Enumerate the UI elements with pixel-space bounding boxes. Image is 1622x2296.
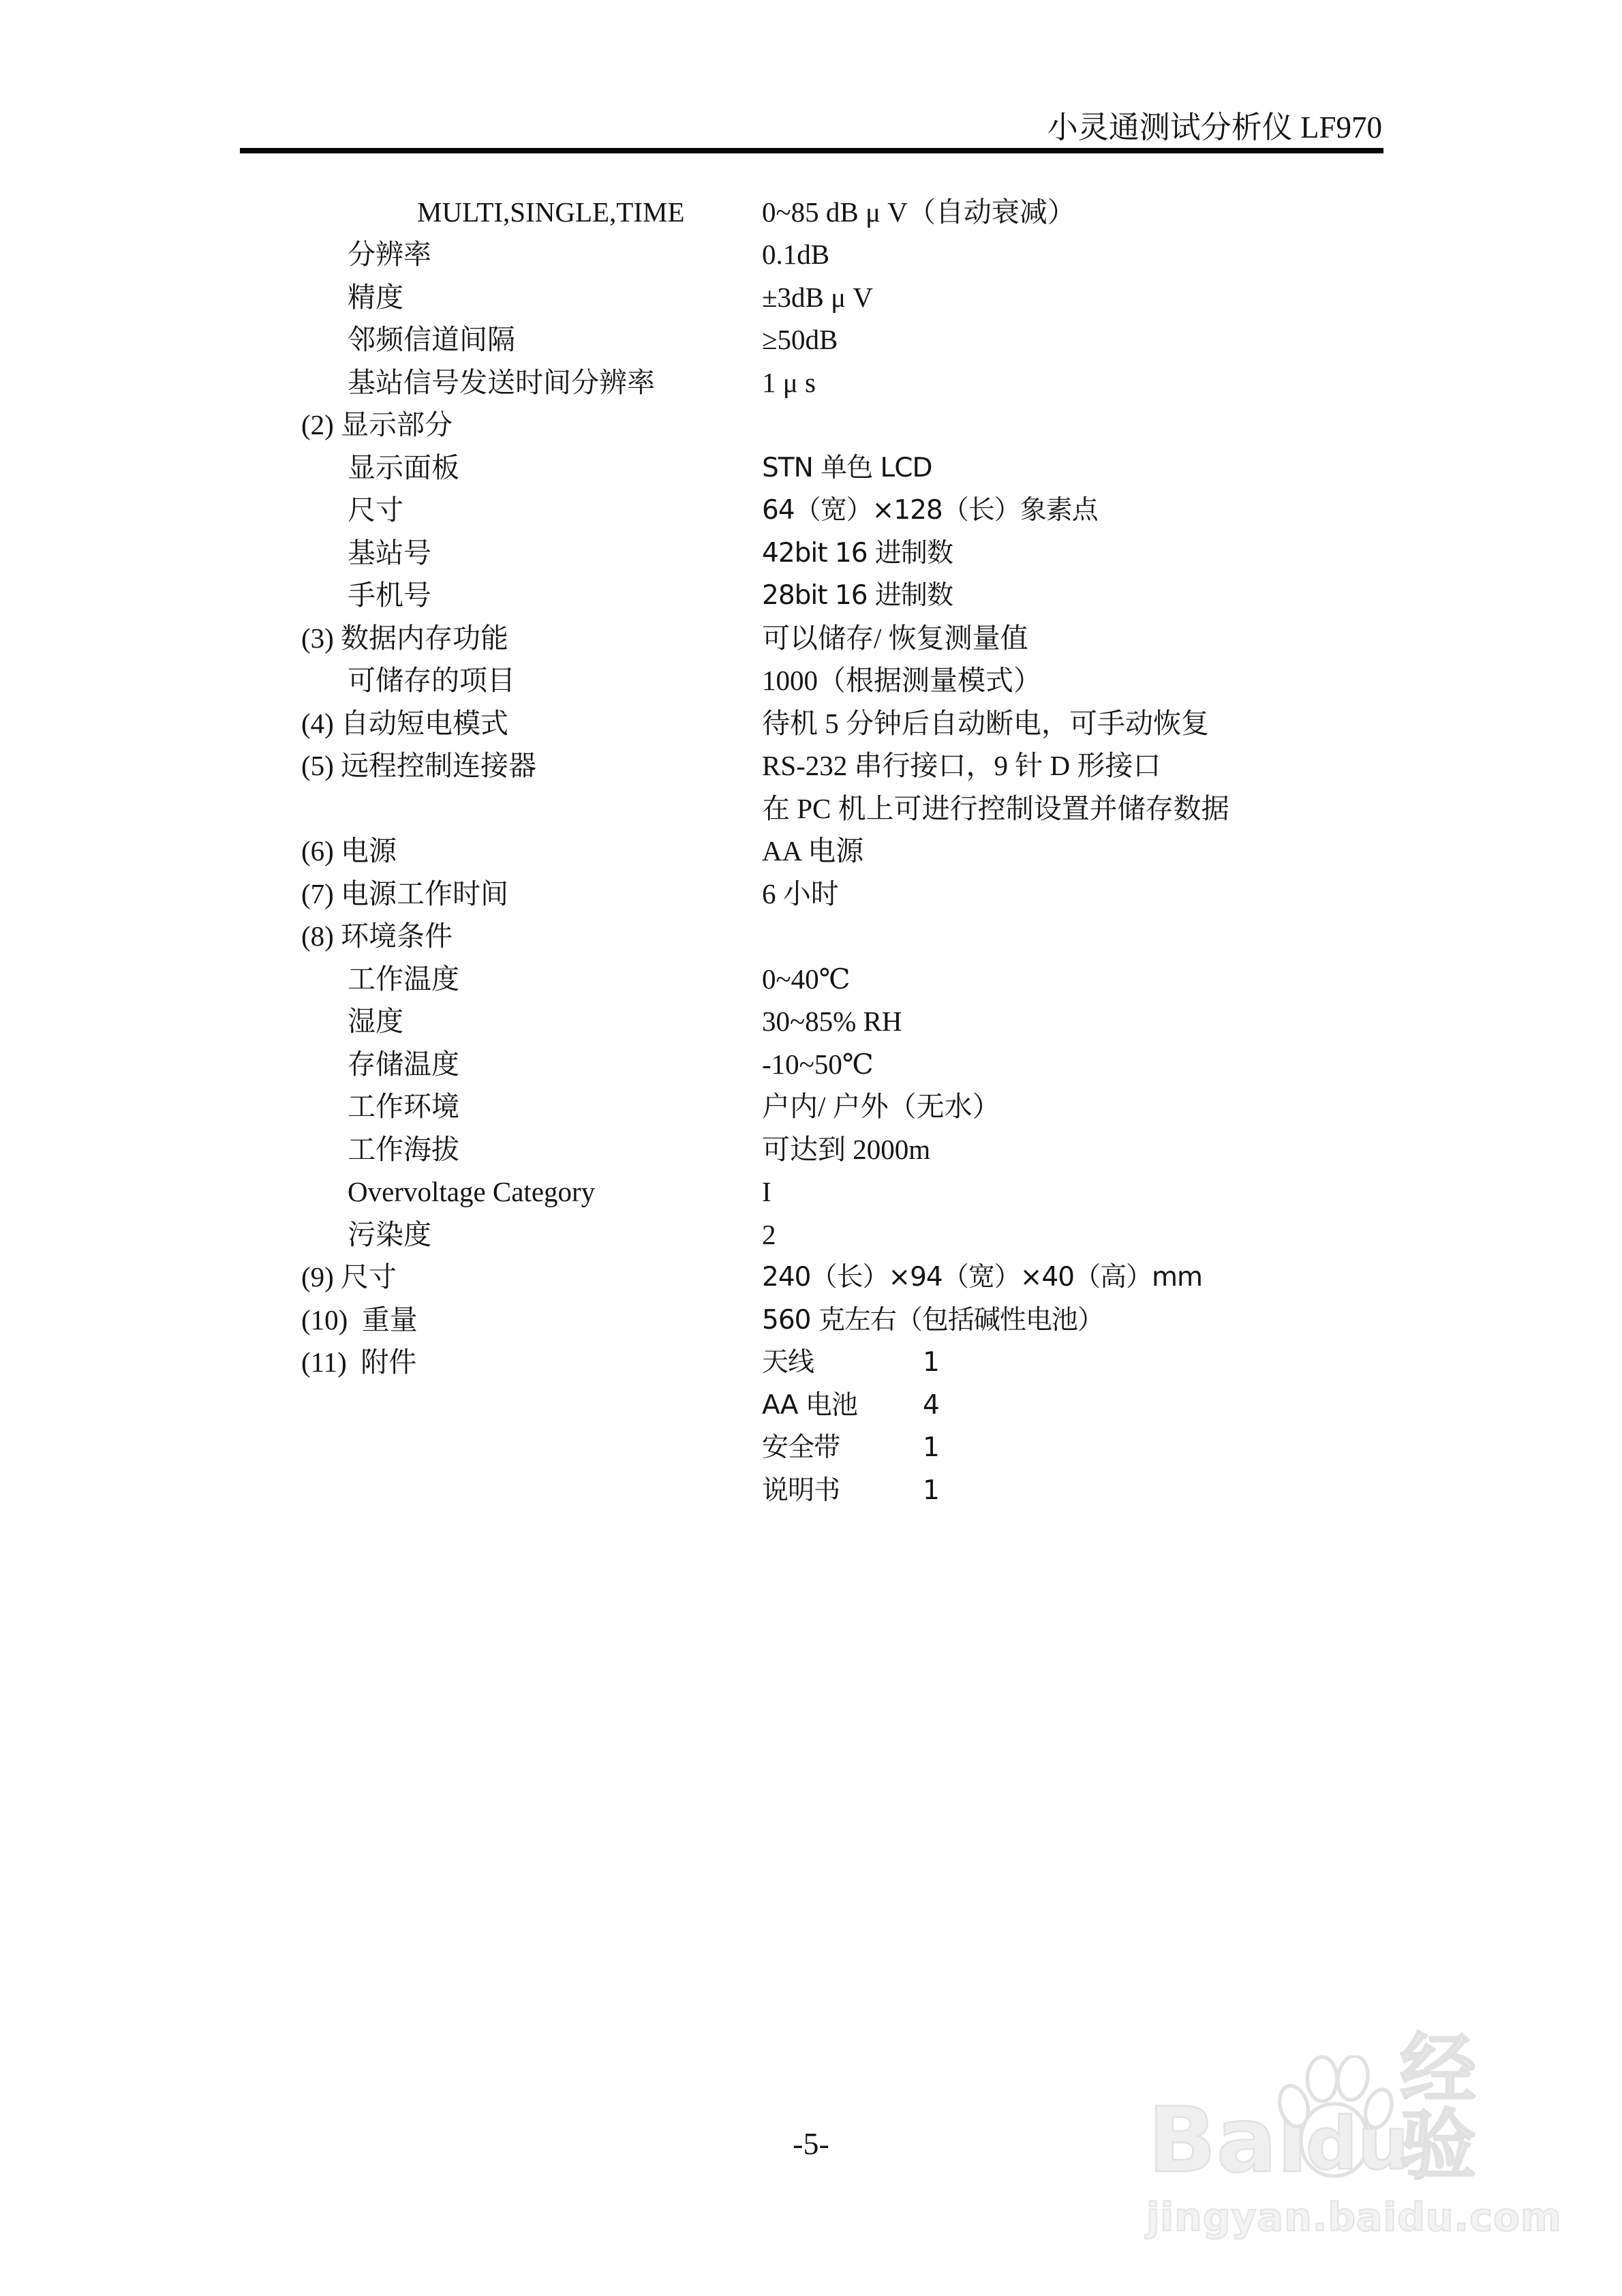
spec-value-text: 560 克左右（包括碱性电池） <box>762 1307 1103 1333</box>
spec-label: 基站信号发送时间分辨率 <box>240 369 762 397</box>
spec-value-text: 2 <box>762 1221 923 1249</box>
spec-row: 分辨率 0.1dB <box>240 234 1398 277</box>
spec-value: RS-232 串行接口，9 针 D 形接口 <box>762 752 1398 780</box>
spec-row: Overvoltage Category I <box>240 1171 1398 1214</box>
spec-value-text: 可以储存/ 恢复测量值 <box>762 624 1028 652</box>
spec-label: 可储存的项目 <box>240 667 762 695</box>
spec-value-text: AA 电源 <box>762 837 923 865</box>
spec-quantity: 4 <box>923 1392 939 1419</box>
spec-value-text: 户内/ 户外（无水） <box>762 1093 1000 1121</box>
spec-row: 湿度 30~85% RH <box>240 1001 1398 1044</box>
spec-row: (11) 附件 天线1 <box>240 1342 1398 1385</box>
spec-label: (9) 尺寸 <box>240 1263 762 1291</box>
spec-value <box>762 411 1398 439</box>
spec-quantity: 1 <box>923 1349 939 1376</box>
spec-value-text: 0.1dB <box>762 241 923 269</box>
spec-row: 基站信号发送时间分辨率 1 μ s <box>240 361 1398 404</box>
spec-value: STN 单色 LCD <box>762 455 1398 481</box>
spec-quantity: 1 <box>923 1477 939 1504</box>
spec-value-text: -10~50℃ <box>762 1051 923 1078</box>
spec-value: 1000（根据测量模式） <box>762 667 1398 695</box>
page-header-title: 小灵通测试分析仪 LF970 <box>1047 102 1382 147</box>
watermark-logo-line: Bai du 经验 <box>1146 2051 1542 2180</box>
spec-label: 基站号 <box>240 539 762 567</box>
spec-label: Overvoltage Category <box>240 1178 762 1206</box>
spec-row: 工作环境 户内/ 户外（无水） <box>240 1086 1398 1129</box>
spec-label: 存储温度 <box>240 1051 762 1078</box>
spec-value: 560 克左右（包括碱性电池） <box>762 1307 1398 1333</box>
watermark-brand-cn: 经验 <box>1400 2031 1542 2184</box>
spec-row: (2) 显示部分 <box>240 404 1398 447</box>
spec-row: 精度 ±3dB μ V <box>240 276 1398 319</box>
spec-value-text: 240（长）×94（宽）×40（高）mm <box>762 1264 1202 1290</box>
spec-label: (5) 远程控制连接器 <box>240 752 762 780</box>
spec-label: 邻频信道间隔 <box>240 326 762 354</box>
spec-row: (8) 环境条件 <box>240 916 1398 958</box>
spec-value: 28bit 16 进制数 <box>762 582 1398 609</box>
spec-value: 在 PC 机上可进行控制设置并储存数据 <box>762 795 1398 823</box>
spec-row: (4) 自动短电模式 待机 5 分钟后自动断电，可手动恢复 <box>240 702 1398 745</box>
spec-row: 工作海拔 可达到 2000m <box>240 1128 1398 1171</box>
spec-label: (10) 重量 <box>240 1306 762 1334</box>
spec-value: 0.1dB <box>762 241 1398 269</box>
spec-row: 在 PC 机上可进行控制设置并储存数据 <box>240 787 1398 830</box>
spec-label: (8) 环境条件 <box>240 922 762 950</box>
spec-value-text: AA 电池 <box>762 1392 923 1419</box>
spec-label: 湿度 <box>240 1008 762 1036</box>
spec-value: 30~85% RH <box>762 1008 1398 1036</box>
spec-value-text: STN 单色 LCD <box>762 455 932 481</box>
spec-row: 存储温度 -10~50℃ <box>240 1043 1398 1086</box>
spec-label: 工作海拔 <box>240 1136 762 1164</box>
spec-label: (7) 电源工作时间 <box>240 880 762 908</box>
spec-value-text: 30~85% RH <box>762 1008 923 1036</box>
spec-value-text: 1 μ s <box>762 369 923 397</box>
spec-label: 工作环境 <box>240 1093 762 1121</box>
spec-value: AA 电源 <box>762 837 1398 865</box>
spec-value: 6 小时 <box>762 880 1398 908</box>
watermark-brand-right: du <box>1306 2108 1409 2180</box>
spec-value-text: RS-232 串行接口，9 针 D 形接口 <box>762 752 1161 780</box>
spec-value: I <box>762 1178 1398 1206</box>
spec-row: (10) 重量 560 克左右（包括碱性电池） <box>240 1299 1398 1342</box>
header-rule <box>240 148 1383 153</box>
spec-value: ±3dB μ V <box>762 284 1398 312</box>
spec-row: 说明书1 <box>240 1469 1398 1512</box>
spec-value: ≥50dB <box>762 326 1398 354</box>
spec-row: (5) 远程控制连接器 RS-232 串行接口，9 针 D 形接口 <box>240 745 1398 788</box>
spec-value-text: ≥50dB <box>762 326 923 354</box>
spec-row: 污染度 2 <box>240 1213 1398 1256</box>
spec-value-text: 天线 <box>762 1349 923 1376</box>
watermark-url: jingyan.baidu.com <box>1146 2195 1542 2240</box>
spec-label: 显示面板 <box>240 454 762 482</box>
document-page: 小灵通测试分析仪 LF970 MULTI,SINGLE,TIME 0~85 dB… <box>0 0 1622 2296</box>
spec-row: (6) 电源 AA 电源 <box>240 830 1398 873</box>
spec-row: MULTI,SINGLE,TIME 0~85 dB μ V（自动衰减） <box>240 191 1398 234</box>
spec-label: (2) 显示部分 <box>240 411 762 439</box>
spec-value-text: 64（宽）×128（长）象素点 <box>762 497 1098 524</box>
spec-row: 尺寸 64（宽）×128（长）象素点 <box>240 489 1398 532</box>
spec-row: 显示面板 STN 单色 LCD <box>240 447 1398 489</box>
spec-value <box>762 922 1398 950</box>
spec-value: 安全带1 <box>762 1434 1398 1461</box>
spec-value: 240（长）×94（宽）×40（高）mm <box>762 1264 1398 1290</box>
spec-value: 可达到 2000m <box>762 1136 1398 1164</box>
baidu-jingyan-watermark: Bai du 经验 jingyan.baidu.com <box>1146 2051 1542 2240</box>
spec-value: 户内/ 户外（无水） <box>762 1093 1398 1121</box>
spec-value-text: 6 小时 <box>762 880 923 908</box>
spec-value-text: 42bit 16 进制数 <box>762 540 953 567</box>
spec-value-text: 1000（根据测量模式） <box>762 667 1041 695</box>
spec-value: 64（宽）×128（长）象素点 <box>762 497 1398 524</box>
spec-value: 0~40℃ <box>762 965 1398 993</box>
spec-row: AA 电池4 <box>240 1384 1398 1427</box>
spec-label: (11) 附件 <box>240 1348 762 1376</box>
spec-row: 邻频信道间隔 ≥50dB <box>240 319 1398 362</box>
spec-value: 可以储存/ 恢复测量值 <box>762 624 1398 652</box>
spec-label: 精度 <box>240 284 762 312</box>
spec-value-text: 可达到 2000m <box>762 1136 930 1164</box>
spec-value: 1 μ s <box>762 369 1398 397</box>
spec-value-text: 待机 5 分钟后自动断电，可手动恢复 <box>762 710 1209 738</box>
spec-value: 2 <box>762 1221 1398 1249</box>
spec-value-text: I <box>762 1178 923 1206</box>
spec-value: 天线1 <box>762 1349 1398 1376</box>
spec-label: 尺寸 <box>240 496 762 524</box>
spec-label: 分辨率 <box>240 241 762 269</box>
spec-value-text: ±3dB μ V <box>762 284 923 312</box>
spec-value: 待机 5 分钟后自动断电，可手动恢复 <box>762 710 1398 738</box>
spec-value: 0~85 dB μ V（自动衰减） <box>762 198 1398 226</box>
spec-value-text: 0~85 dB μ V（自动衰减） <box>762 198 1075 226</box>
spec-value: AA 电池4 <box>762 1392 1398 1419</box>
spec-row: (9) 尺寸 240（长）×94（宽）×40（高）mm <box>240 1256 1398 1299</box>
spec-label: 工作温度 <box>240 965 762 993</box>
spec-row: 手机号 28bit 16 进制数 <box>240 575 1398 618</box>
spec-value-text: 0~40℃ <box>762 965 923 993</box>
spec-label: (4) 自动短电模式 <box>240 710 762 738</box>
spec-value-text: 说明书 <box>762 1477 923 1504</box>
spec-label: MULTI,SINGLE,TIME <box>240 198 762 226</box>
spec-row: (7) 电源工作时间 6 小时 <box>240 873 1398 916</box>
spec-row: 基站号 42bit 16 进制数 <box>240 532 1398 575</box>
spec-label: 污染度 <box>240 1221 762 1249</box>
spec-row: 可储存的项目 1000（根据测量模式） <box>240 660 1398 703</box>
spec-value: 42bit 16 进制数 <box>762 540 1398 567</box>
spec-row: 安全带1 <box>240 1427 1398 1470</box>
spec-row: (3) 数据内存功能 可以储存/ 恢复测量值 <box>240 617 1398 660</box>
spec-quantity: 1 <box>923 1434 939 1461</box>
spec-value: -10~50℃ <box>762 1051 1398 1078</box>
spec-label: 手机号 <box>240 581 762 609</box>
spec-value-text: 在 PC 机上可进行控制设置并储存数据 <box>762 795 1229 823</box>
spec-table: MULTI,SINGLE,TIME 0~85 dB μ V（自动衰减） 分辨率 … <box>240 191 1398 1512</box>
spec-label: (6) 电源 <box>240 837 762 865</box>
spec-value-text: 28bit 16 进制数 <box>762 582 953 609</box>
spec-row: 工作温度 0~40℃ <box>240 958 1398 1001</box>
spec-value-text: 安全带 <box>762 1434 923 1461</box>
spec-value: 说明书1 <box>762 1477 1398 1504</box>
spec-label: (3) 数据内存功能 <box>240 624 762 652</box>
